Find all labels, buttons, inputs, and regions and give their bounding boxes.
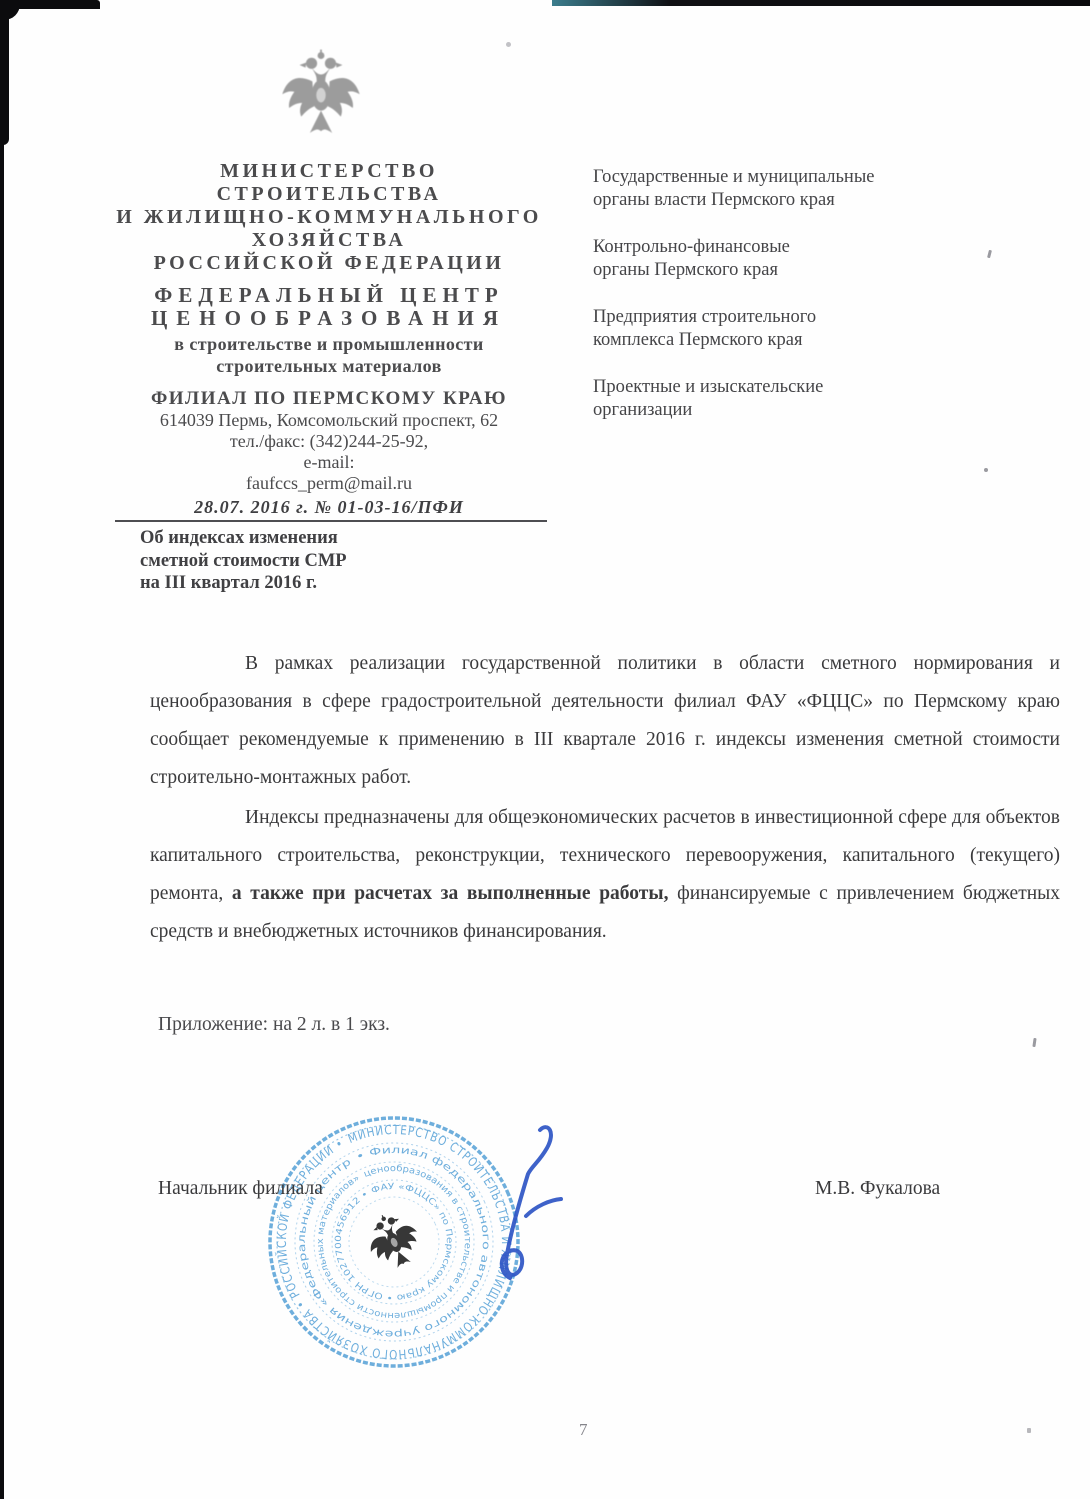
org-name-line: ФЕДЕРАЛЬНЫЙ ЦЕНТР [105, 284, 553, 307]
scan-speck [984, 468, 988, 472]
scan-corner-top-left-fill [0, 0, 20, 20]
addressee-item: Контрольно-финансовые органы Пермского к… [593, 236, 923, 282]
letter-body: В рамках реализации государственной поли… [150, 645, 1060, 951]
addressee-line: Предприятия строительного [593, 306, 923, 329]
paragraph-2-bold-text: а также при расчетах за выполненные рабо… [232, 883, 669, 904]
org-name-line: ЦЕНООБРАЗОВАНИЯ [105, 307, 553, 330]
addressee-line: Проектные и изыскательские [593, 376, 923, 399]
email-address: faufccs_perm@mail.ru [105, 473, 553, 494]
date-and-reference-number: 28.07. 2016 г. № 01-03-16/ПФИ [105, 497, 553, 518]
ministry-line: СТРОИТЕЛЬСТВА [105, 183, 553, 206]
addressee-line: органы Пермского края [593, 259, 923, 282]
addressee-line: Контрольно-финансовые [593, 236, 923, 259]
addressee-line: организации [593, 399, 923, 422]
subject-line: Об индексах изменения [140, 527, 553, 550]
branch-name: ФИЛИАЛ ПО ПЕРМСКОМУ КРАЮ [105, 388, 553, 410]
handwritten-signature [440, 1100, 640, 1320]
stamp-eagle-icon [359, 1205, 427, 1275]
addressee-item: Предприятия строительного комплекса Перм… [593, 306, 923, 352]
addressee-list: Государственные и муниципальные органы в… [593, 166, 923, 446]
ministry-name: МИНИСТЕРСТВО СТРОИТЕЛЬСТВА И ЖИЛИЩНО-КОМ… [105, 160, 553, 275]
ministry-line: ХОЗЯЙСТВА [105, 229, 553, 252]
addressee-line: комплекса Пермского края [593, 329, 923, 352]
org-subtitle-line: строительных материалов [105, 355, 553, 377]
scan-speck [1032, 1038, 1036, 1047]
signatory-title: Начальник филиала [158, 1178, 323, 1200]
body-paragraph-1: В рамках реализации государственной поли… [150, 645, 1060, 797]
reference-underline [115, 520, 547, 522]
russia-coat-of-arms-icon [278, 46, 364, 146]
attachment-note: Приложение: на 2 л. в 1 экз. [158, 1014, 390, 1036]
ministry-line: РОССИЙСКОЙ ФЕДЕРАЦИИ [105, 252, 553, 275]
signatory-name: М.В. Фукалова [815, 1178, 940, 1200]
ministry-line: МИНИСТЕРСТВО [105, 160, 553, 183]
scan-edge-top-right [552, 0, 1090, 6]
ministry-line: И ЖИЛИЩНО-КОММУНАЛЬНОГО [105, 206, 553, 229]
postal-address: 614039 Пермь, Комсомольский проспект, 62 [105, 410, 553, 431]
subject-line: на III квартал 2016 г. [140, 572, 553, 595]
scan-edge-left [0, 0, 4, 1499]
subject-line: сметной стоимости СМР [140, 550, 553, 573]
addressee-item: Государственные и муниципальные органы в… [593, 166, 923, 212]
org-subtitle-line: в строительстве и промышленности [105, 333, 553, 355]
scan-speck [506, 42, 511, 47]
scan-speck [987, 250, 992, 258]
email-label: e-mail: [105, 452, 553, 473]
scan-corner-top-left-side [0, 0, 9, 145]
body-paragraph-2: Индексы предназначены для общеэкономичес… [150, 799, 1060, 951]
addressee-line: Государственные и муниципальные [593, 166, 923, 189]
scanned-letter-page: МИНИСТЕРСТВО СТРОИТЕЛЬСТВА И ЖИЛИЩНО-КОМ… [0, 0, 1090, 1499]
letter-subject: Об индексах изменения сметной стоимости … [105, 527, 553, 595]
letterhead: МИНИСТЕРСТВО СТРОИТЕЛЬСТВА И ЖИЛИЩНО-КОМ… [105, 160, 553, 595]
addressee-item: Проектные и изыскательские организации [593, 376, 923, 422]
phone-fax: тел./факс: (342)244-25-92, [105, 431, 553, 452]
scan-speck [1027, 1428, 1031, 1433]
addressee-line: органы власти Пермского края [593, 189, 923, 212]
page-number: 7 [579, 1420, 588, 1440]
